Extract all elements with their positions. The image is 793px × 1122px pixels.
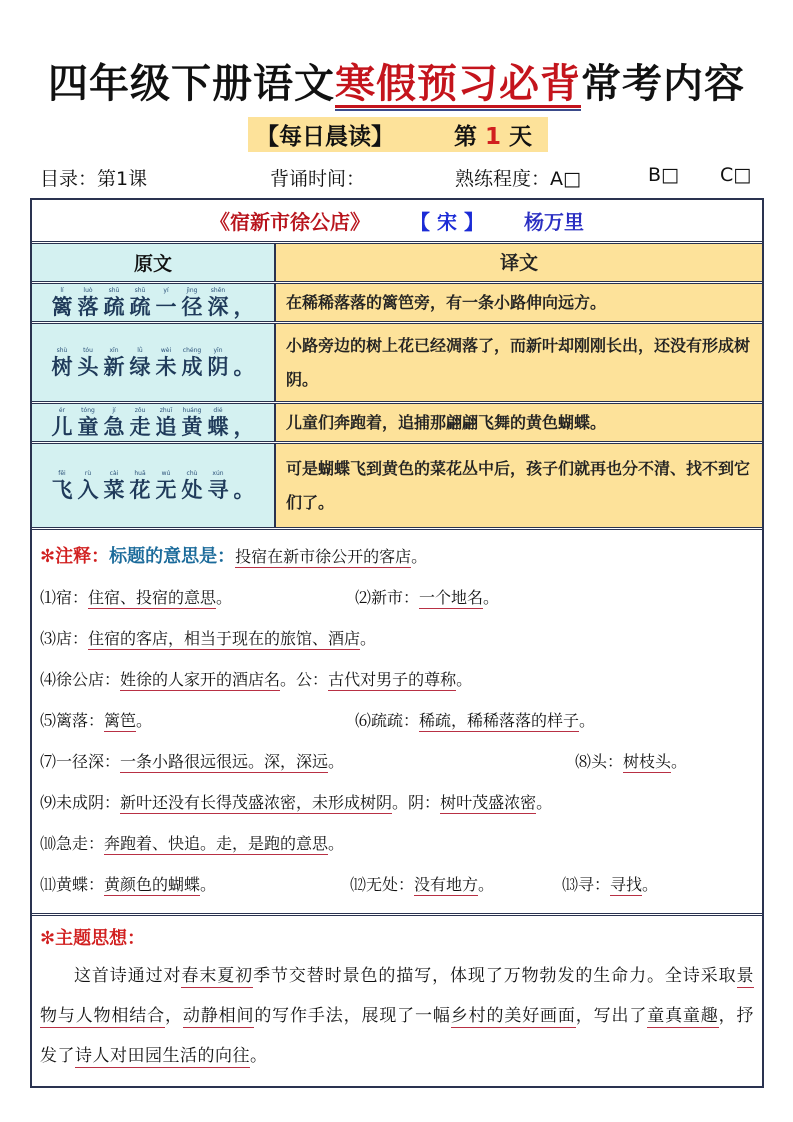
column-header-translation: 译文 xyxy=(276,244,762,281)
poem-char: tóng童 xyxy=(77,406,99,439)
poem-row: fēi飞rù入cài菜huā花wú无chù处xún寻。 可是蝴蝶飞到黄色的菜花丛… xyxy=(32,444,762,530)
title-meaning: 投宿在新市徐公开的客店 xyxy=(235,547,411,568)
poem-char: tóu头 xyxy=(77,346,99,379)
hanzi: ， xyxy=(234,415,255,439)
hanzi: 头 xyxy=(78,355,99,379)
pinyin: huáng xyxy=(183,406,202,415)
note-item: ⑼未成阴：新叶还没有长得茂盛浓密，未形成树阴。阴：树叶茂盛浓密。 xyxy=(40,782,552,823)
notes-heading: ✻注释： xyxy=(40,546,109,567)
poem-char: 。 xyxy=(233,469,255,502)
pinyin: tóu xyxy=(83,346,93,355)
column-header-row: 原文 译文 xyxy=(32,244,762,284)
note-item: ⑾黄蝶：黄颜色的蝴蝶。 xyxy=(40,864,216,905)
poem-char: zhuī追 xyxy=(155,406,177,439)
note-item: ⑵新市：一个地名。 xyxy=(355,577,499,618)
pinyin: wèi xyxy=(161,346,171,355)
hanzi: 。 xyxy=(234,355,255,379)
poem-char: chù处 xyxy=(181,469,203,502)
pinyin: shù xyxy=(57,346,68,355)
catalog-label: 目录：第1课 xyxy=(40,164,147,191)
hanzi: 落 xyxy=(78,295,99,319)
note-line: ⑾黄蝶：黄颜色的蝴蝶。 ⑿无处：没有地方。 ⒀寻：寻找。 xyxy=(40,864,754,905)
note-item: ⑹疏疏：稀疏，稀稀落落的样子。 xyxy=(355,700,595,741)
poem-char: ér儿 xyxy=(51,406,73,439)
note-line: ⑶店：住宿的客店，相当于现在的旅馆、酒店。 xyxy=(40,618,754,659)
page-title: 四年级下册语文寒假预习必背常考内容 xyxy=(0,52,793,109)
theme-text: 这首诗通过对 xyxy=(74,966,181,986)
pinyin: yí xyxy=(163,286,168,295)
poem-char: cài菜 xyxy=(103,469,125,502)
proficiency-option-c[interactable]: C□ xyxy=(720,164,751,186)
hanzi: 疏 xyxy=(130,295,151,319)
poem-char: luò落 xyxy=(77,286,99,319)
hanzi: 寻 xyxy=(208,478,229,502)
pinyin: lí xyxy=(60,286,63,295)
hanzi: 成 xyxy=(182,355,203,379)
poem-char: rù入 xyxy=(77,469,99,502)
poem-line-4: fēi飞rù入cài菜huā花wú无chù处xún寻。 xyxy=(51,469,255,502)
poem-char: jìng径 xyxy=(181,286,203,319)
poem-line-1: lí篱luò落shū疏shū疏yí一jìng径shēn深， xyxy=(51,286,255,319)
hanzi: 无 xyxy=(156,478,177,502)
hanzi: 径 xyxy=(182,295,203,319)
theme-keyphrase: 春末夏初 xyxy=(181,966,253,988)
note-item: ⑻头：树枝头。 xyxy=(575,741,687,782)
poem-char: lí篱 xyxy=(51,286,73,319)
poem-card: 《宿新市徐公店》 【 宋 】 杨万里 原文 译文 lí篱luò落shū疏shū疏… xyxy=(30,198,764,1088)
poem-char: xún寻 xyxy=(207,469,229,502)
note-line: ⑺一径深：一条小路很远很远。深，深远。 ⑻头：树枝头。 xyxy=(40,741,754,782)
note-item: ⑿无处：没有地方。 xyxy=(350,864,494,905)
hanzi: 儿 xyxy=(52,415,73,439)
hanzi: 疏 xyxy=(104,295,125,319)
poem-char: ， xyxy=(233,286,255,319)
theme-text: 季节交替时景色的描写，体现了万物勃发的生命力。全诗采取 xyxy=(253,966,736,986)
theme-text: 。 xyxy=(250,1046,268,1066)
poem-char: xīn新 xyxy=(103,346,125,379)
hanzi: 花 xyxy=(130,478,151,502)
pinyin: yīn xyxy=(213,346,222,355)
poem-char: ， xyxy=(233,406,255,439)
original-line: fēi飞rù入cài菜huā花wú无chù处xún寻。 xyxy=(32,444,276,527)
pinyin: wú xyxy=(162,469,171,478)
pinyin: xīn xyxy=(109,346,118,355)
poem-char: wú无 xyxy=(155,469,177,502)
theme-heading: ✻主题思想： xyxy=(40,922,754,956)
title-highlight: 寒假预习必背 xyxy=(335,61,581,111)
note-line: ⑸篱落：篱笆。 ⑹疏疏：稀疏，稀稀落落的样子。 xyxy=(40,700,754,741)
theme-text: 的写作手法，展现了一幅 xyxy=(254,1006,450,1026)
hanzi: 童 xyxy=(78,415,99,439)
hanzi: 篱 xyxy=(52,295,73,319)
pinyin: cài xyxy=(110,469,119,478)
hanzi: 黄 xyxy=(182,415,203,439)
title-prefix: 四年级下册语文 xyxy=(48,61,335,107)
poem-row: lí篱luò落shū疏shū疏yí一jìng径shēn深， 在稀稀落落的篱笆旁，… xyxy=(32,284,762,324)
poem-char: shù树 xyxy=(51,346,73,379)
original-line: shù树tóu头xīn新lǜ绿wèi未chéng成yīn阴。 xyxy=(32,324,276,401)
column-header-original: 原文 xyxy=(32,244,276,281)
recite-time-label: 背诵时间： xyxy=(270,164,365,191)
poem-author: 杨万里 xyxy=(524,206,584,235)
day-number: 1 xyxy=(485,124,501,150)
pinyin: tóng xyxy=(81,406,95,415)
day-suffix: 天 xyxy=(509,124,532,150)
hanzi: 入 xyxy=(78,478,99,502)
note-line: ⑼未成阴：新叶还没有长得茂盛浓密，未形成树阴。阴：树叶茂盛浓密。 xyxy=(40,782,754,823)
daily-label: 【每日晨读】 xyxy=(256,118,394,151)
title-meaning-label: 标题的意思是： xyxy=(109,546,235,567)
original-line: lí篱luò落shū疏shū疏yí一jìng径shēn深， xyxy=(32,284,276,321)
note-line: ⑷徐公店：姓徐的人家开的酒店名。公：古代对男子的尊称。 xyxy=(40,659,754,700)
poem-row: shù树tóu头xīn新lǜ绿wèi未chéng成yīn阴。 小路旁边的树上花已… xyxy=(32,324,762,404)
pinyin: luò xyxy=(83,286,92,295)
translation-line: 小路旁边的树上花已经凋落了，而新叶却刚刚长出，还没有形成树阴。 xyxy=(276,324,762,401)
note-item: ⑸篱落：篱笆。 xyxy=(40,700,152,741)
pinyin: fēi xyxy=(58,469,65,478)
poem-char: shū疏 xyxy=(103,286,125,319)
hanzi: 菜 xyxy=(104,478,125,502)
notes-title-line: ✻注释：标题的意思是：投宿在新市徐公开的客店。 xyxy=(40,536,754,577)
pinyin: jí xyxy=(112,406,115,415)
hanzi: 走 xyxy=(130,415,151,439)
note-item: ⑴宿：住宿、投宿的意思。 xyxy=(40,577,232,618)
poem-char: wèi未 xyxy=(155,346,177,379)
note-item: ⑺一径深：一条小路很远很远。深，深远。 xyxy=(40,741,344,782)
poem-char: zǒu走 xyxy=(129,406,151,439)
pinyin: chéng xyxy=(183,346,201,355)
pinyin: shēn xyxy=(211,286,225,295)
theme-keyphrase: 动静相间 xyxy=(183,1006,254,1028)
translation-line: 儿童们奔跑着，追捕那翩翩飞舞的黄色蝴蝶。 xyxy=(276,404,762,441)
note-item: ⑽急走：奔跑着、快追。走，是跑的意思。 xyxy=(40,823,344,864)
pinyin: zhuī xyxy=(160,406,172,415)
hanzi: 深 xyxy=(208,295,229,319)
hanzi: ， xyxy=(234,295,255,319)
notes-section: ✻注释：标题的意思是：投宿在新市徐公开的客店。 ⑴宿：住宿、投宿的意思。 ⑵新市… xyxy=(32,530,762,916)
poem-char: huā花 xyxy=(129,469,151,502)
poem-row: ér儿tóng童jí急zǒu走zhuī追huáng黄dié蝶， 儿童们奔跑着，追… xyxy=(32,404,762,444)
pinyin: shū xyxy=(135,286,146,295)
poem-line-3: ér儿tóng童jí急zǒu走zhuī追huáng黄dié蝶， xyxy=(51,406,255,439)
pinyin: xún xyxy=(212,469,223,478)
poem-char: dié蝶 xyxy=(207,406,229,439)
proficiency-option-a[interactable]: 熟练程度：A□ xyxy=(455,164,581,191)
theme-keyphrase: 乡村的美好画面 xyxy=(451,1006,576,1028)
hanzi: 未 xyxy=(156,355,177,379)
hanzi: 新 xyxy=(104,355,125,379)
poem-title: 《宿新市徐公店》 xyxy=(210,206,370,235)
note-item: ⑶店：住宿的客店，相当于现在的旅馆、酒店。 xyxy=(40,618,376,659)
poem-char: jí急 xyxy=(103,406,125,439)
original-line: ér儿tóng童jí急zǒu走zhuī追huáng黄dié蝶， xyxy=(32,404,276,441)
pinyin: huā xyxy=(134,469,145,478)
theme-body: 这首诗通过对春末夏初季节交替时景色的描写，体现了万物勃发的生命力。全诗采取景物与… xyxy=(40,956,754,1076)
hanzi: 处 xyxy=(182,478,203,502)
pinyin: chù xyxy=(187,469,198,478)
pinyin: shū xyxy=(109,286,120,295)
meta-line: 目录：第1课 背诵时间： 熟练程度：A□ B□ C□ xyxy=(40,164,760,192)
hanzi: 绿 xyxy=(130,355,151,379)
hanzi: 。 xyxy=(234,478,255,502)
theme-keyphrase: 诗人对田园生活的向往 xyxy=(75,1046,250,1068)
theme-keyphrase: 童真童趣 xyxy=(647,1006,718,1028)
hanzi: 飞 xyxy=(52,478,73,502)
theme-section: ✻主题思想： 这首诗通过对春末夏初季节交替时景色的描写，体现了万物勃发的生命力。… xyxy=(32,916,762,1086)
note-line: ⑴宿：住宿、投宿的意思。 ⑵新市：一个地名。 xyxy=(40,577,754,618)
poem-char: fēi飞 xyxy=(51,469,73,502)
poem-char: huáng黄 xyxy=(181,406,203,439)
translation-line: 可是蝴蝶飞到黄色的菜花丛中后，孩子们就再也分不清、找不到它们了。 xyxy=(276,444,762,527)
day-prefix: 第 xyxy=(454,124,477,150)
day-counter: 第 1 天 xyxy=(454,118,532,151)
note-item: ⒀寻：寻找。 xyxy=(562,864,658,905)
hanzi: 树 xyxy=(52,355,73,379)
poem-char: lǜ绿 xyxy=(129,346,151,379)
hanzi: 追 xyxy=(156,415,177,439)
pinyin: lǜ xyxy=(137,346,142,355)
poem-header: 《宿新市徐公店》 【 宋 】 杨万里 xyxy=(32,200,762,244)
title-suffix: 常考内容 xyxy=(581,61,745,107)
daily-reading-banner: 【每日晨读】 第 1 天 xyxy=(248,117,548,152)
poem-char: yí一 xyxy=(155,286,177,319)
hanzi: 一 xyxy=(156,295,177,319)
theme-text: ， xyxy=(165,1006,183,1026)
theme-text: ，写出了 xyxy=(576,1006,647,1026)
poem-char: shū疏 xyxy=(129,286,151,319)
note-item: ⑷徐公店：姓徐的人家开的酒店名。公：古代对男子的尊称。 xyxy=(40,659,472,700)
translation-line: 在稀稀落落的篱笆旁，有一条小路伸向远方。 xyxy=(276,284,762,321)
pinyin: jìng xyxy=(187,286,198,295)
poem-char: chéng成 xyxy=(181,346,203,379)
pinyin: ér xyxy=(59,406,65,415)
poem-char: 。 xyxy=(233,346,255,379)
poem-dynasty: 【 宋 】 xyxy=(410,206,484,235)
hanzi: 阴 xyxy=(208,355,229,379)
hanzi: 蝶 xyxy=(208,415,229,439)
poem-line-2: shù树tóu头xīn新lǜ绿wèi未chéng成yīn阴。 xyxy=(51,346,255,379)
pinyin: zǒu xyxy=(135,406,146,415)
poem-char: shēn深 xyxy=(207,286,229,319)
pinyin: dié xyxy=(213,406,222,415)
poem-char: yīn阴 xyxy=(207,346,229,379)
note-line: ⑽急走：奔跑着、快追。走，是跑的意思。 xyxy=(40,823,754,864)
hanzi: 急 xyxy=(104,415,125,439)
proficiency-option-b[interactable]: B□ xyxy=(648,164,679,186)
pinyin: rù xyxy=(85,469,91,478)
